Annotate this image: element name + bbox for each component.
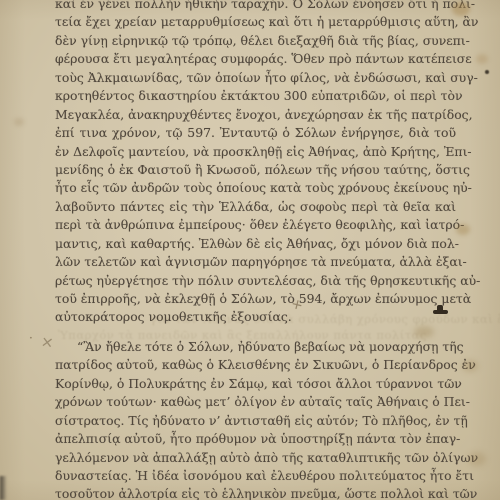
paragraph-1: καὶ ἐν γένει πολλὴν ἠθικὴν ταραχήν. Ὁ Σό… [55,0,456,327]
text-line: “Ἂν ἤθελε τότε ὁ Σόλων, ἠδύνατο βεβαίως … [55,338,456,356]
foxing-spot [476,54,488,64]
text-line: ἐπί τινα χρόνον, τῷ 597. Ἐνταυτῷ ὁ Σόλων… [55,124,456,142]
text-line: ἦτο εἷς τῶν ἀνδρῶν τοὺς ὁποίους κατὰ τοὺ… [55,179,456,197]
ink-speck [485,70,489,74]
paragraph-2: “Ἂν ἤθελε τότε ὁ Σόλων, ἠδύνατο βεβαίως … [55,338,456,500]
text-line: γελλόμενον νὰ ἀπαλλάξῃ αὐτὸ ἀπὸ τῆς κατα… [55,449,456,467]
text-line: καὶ ἐν γένει πολλὴν ἠθικὴν ταραχήν. Ὁ Σό… [55,0,456,13]
text-line: λαβοῦντο πάντες εἰς τὴν Ἑλλάδα, ὡς σοφοὺ… [55,198,456,216]
text-line: Κορίνθῳ, ὁ Πολυκράτης ἐν Σάμῳ, καὶ τόσοι… [55,375,456,393]
scan-edge-shadow [0,476,7,500]
text-line: τοῦ ἐπιρροῆς, νὰ ἐκλεχθῇ ὁ Σόλων, τὸ 594… [55,290,456,308]
text-line: τεία ἔχει χρείαν μεταρρυθμίσεως καὶ ὅτι … [55,13,456,31]
text-line: δυναστείας. Ἡ ἰδέα ἰσονόμου καὶ ἐλευθέρο… [55,467,456,485]
ink-blot [433,305,448,314]
text-line: σίστρατος. Τίς ἠδύνατο ν’ ἀντισταθῆ εἰς … [55,412,456,430]
text-line: πατρίδος αὐτοῦ, καθὼς ὁ Κλεισθένης ἐν Σι… [55,356,456,374]
foxing-spot [14,118,24,126]
pencil-x-mark: × [40,332,55,352]
text-line: αὐτοκράτορος νομοθετικῆς ἐξουσίας. [55,308,456,326]
text-line: μενίδης ὁ ἐκ Φαιστοῦ ἢ Κνωσοῦ, πόλεων τῆ… [55,161,456,179]
text-line: ρέτως ηὐεργέτησε τὴν πόλιν συντελέσας, δ… [55,272,456,290]
text-block: καὶ ἐν γένει πολλὴν ἠθικὴν ταραχήν. Ὁ Σό… [55,0,456,500]
pencil-dot-mark: · [29,331,33,345]
text-line: μαντις, καὶ καθαρτής. Ἐλθὼν δὲ εἰς Ἀθήνα… [55,235,456,253]
text-line: χρόνων τούτων· καθὼς μετ’ ὀλίγον ἐν αὐτα… [55,393,456,411]
text-line: λῶν τελετῶν καὶ ἁγνισμῶν παρηγόρησε τὰ π… [55,253,456,271]
text-line: περὶ τὰ ἀνθρώπινα ἐμπείρους· ὅθεν ἐλέγετ… [55,216,456,234]
text-line: ἐν Δελφοῖς μαντείου, νὰ προσκληθῇ εἰς Ἀθ… [55,143,456,161]
text-line: τοσοῦτον ἀλλοτρία εἰς τὸ ἑλληνικὸν πνεῦμ… [55,485,456,500]
text-line: κροτηθέντος δικαστηρίου ἐκτάκτου 300 εὐπ… [55,87,456,105]
text-line: φέρουσα ἔτι μεγαλητέρας συμφοράς. Ὅθεν π… [55,50,456,68]
text-line: τοὺς Ἀλκμαιωνίδας, τῶν ὁποίων ἦτο φίλος,… [55,69,456,87]
text-line: ἀπελπισίᾳ αὐτοῦ, ἦτο πρόθυμον νὰ ὑποστηρ… [55,430,456,448]
text-line: δὲν γίνῃ εἰρηνικῷ τῷ τρόπῳ, θέλει διεξαχ… [55,32,456,50]
book-page: για τῶν Ἀθήνας διὰ νὰ συλλάβη χρόνους φρ… [0,0,500,500]
text-line: Μεγακλέα, ἀνακηρυχθέντες ἔνοχοι, ἀνεχώρη… [55,106,456,124]
